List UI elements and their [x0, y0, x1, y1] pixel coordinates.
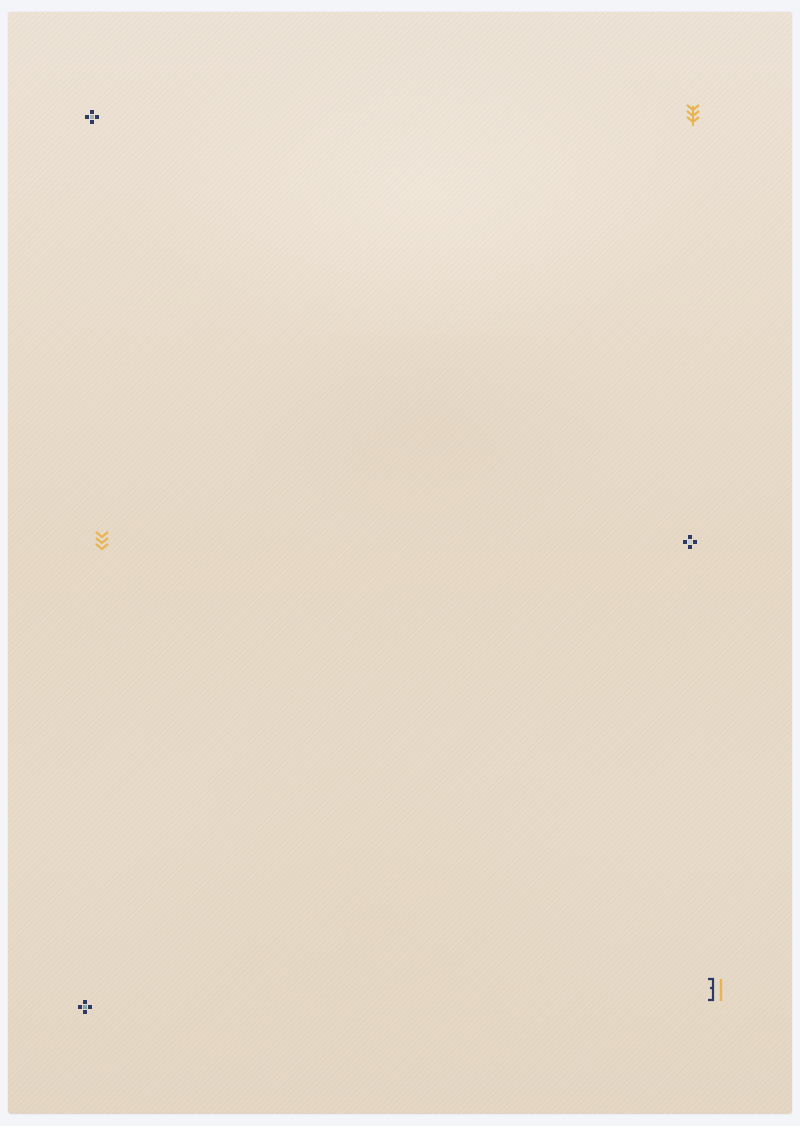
gold-chevron-icon	[94, 530, 110, 556]
blue-cross-icon	[683, 535, 697, 549]
rug	[8, 12, 792, 1114]
blue-cross-icon	[78, 1000, 92, 1014]
signature-icon	[705, 976, 727, 1004]
gold-chevron-icon	[685, 103, 701, 129]
blue-cross-icon	[85, 110, 99, 124]
